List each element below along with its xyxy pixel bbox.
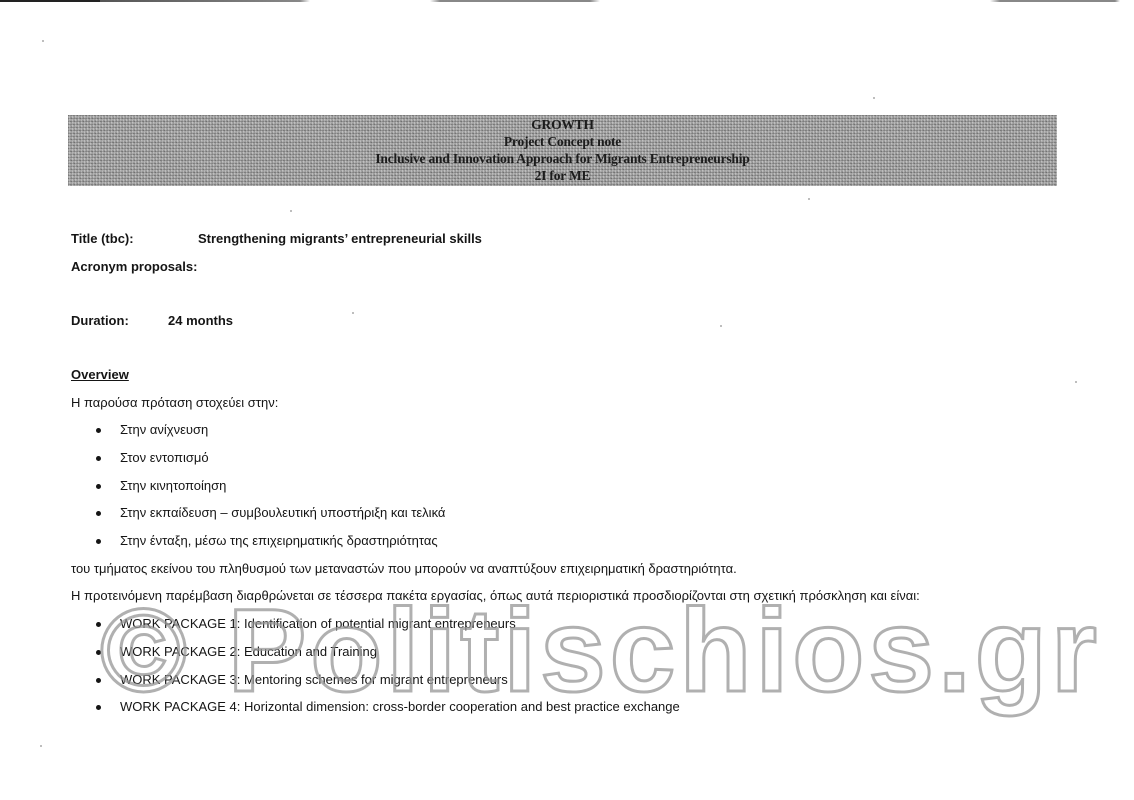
scan-speck (808, 198, 810, 200)
scanned-document-page: GROWTH Project Concept note Inclusive an… (0, 0, 1134, 800)
scan-speck (720, 325, 722, 327)
title-value: Strengthening migrants’ entrepreneurial … (198, 231, 482, 246)
bullet-icon (96, 678, 101, 683)
bullet-icon (96, 622, 101, 627)
acronym-field: Acronym proposals: (71, 259, 197, 274)
title-field: Title (tbc): Strengthening migrants’ ent… (71, 231, 134, 246)
scan-speck (40, 745, 42, 747)
title-label: Title (tbc): (71, 231, 134, 246)
bullet-icon (96, 705, 101, 710)
bullet-icon (96, 484, 101, 489)
header-programme: GROWTH (68, 116, 1057, 133)
duration-label: Duration: (71, 313, 129, 328)
target-group-sentence: του τμήματος εκείνου του πληθυσμού των μ… (71, 561, 737, 576)
bullet-icon (96, 456, 101, 461)
bullet-icon (96, 428, 101, 433)
scan-speck (42, 40, 44, 42)
bullet-icon (96, 511, 101, 516)
scan-speck (290, 210, 292, 212)
duration-value: 24 months (168, 313, 233, 328)
scan-top-edge (0, 0, 1134, 2)
overview-heading: Overview (71, 367, 129, 382)
document-header-band: GROWTH Project Concept note Inclusive an… (68, 115, 1057, 186)
bullet-icon (96, 539, 101, 544)
scan-speck (1075, 381, 1077, 383)
header-doc-type: Project Concept note (68, 133, 1057, 150)
duration-field: Duration: 24 months (71, 313, 129, 328)
structure-sentence: Η προτεινόμενη παρέμβαση διαρθρώνεται σε… (71, 588, 920, 603)
acronym-label: Acronym proposals: (71, 259, 197, 274)
scan-speck (352, 312, 354, 314)
header-project-acronym: 2I for ME (68, 167, 1057, 184)
bullet-icon (96, 650, 101, 655)
header-project-name: Inclusive and Innovation Approach for Mi… (68, 150, 1057, 167)
overview-intro: Η παρούσα πρόταση στοχεύει στην: (71, 395, 278, 410)
scan-speck (873, 97, 875, 99)
